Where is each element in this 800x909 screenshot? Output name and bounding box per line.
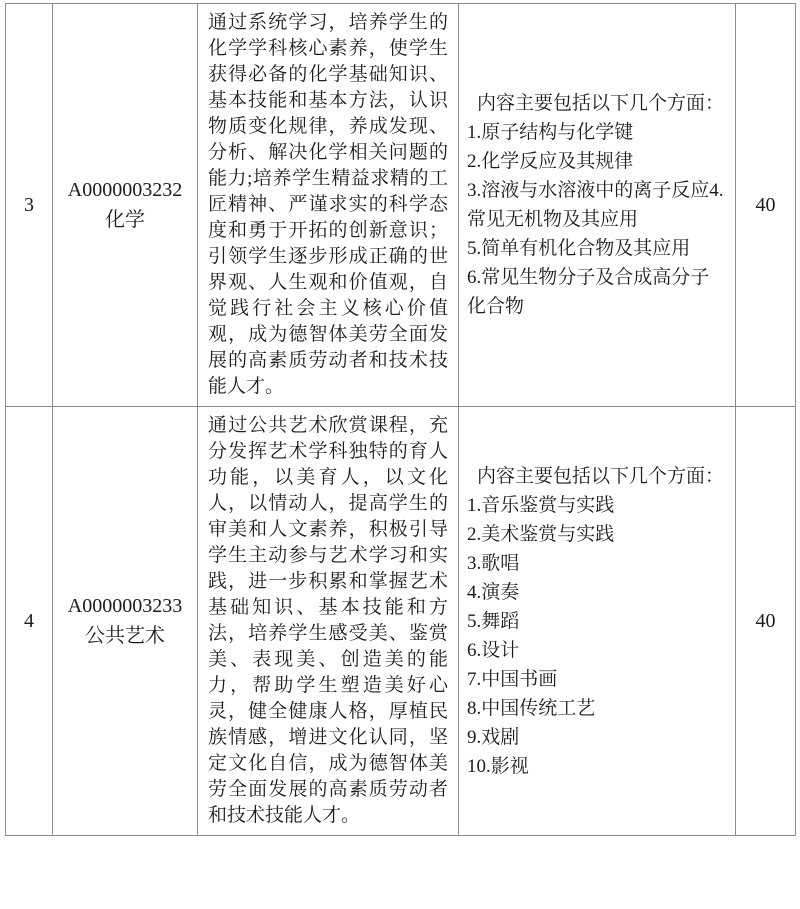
content-intro: 内容主要包括以下几个方面： [467,462,727,491]
course-name: 化学 [57,205,193,235]
content-items: 1.原子结构与化学键 2.化学反应及其规律 3.溶液与水溶液中的离子反应4.常见… [467,118,727,321]
table-row: 4 A0000003233 公共艺术 通过公共艺术欣赏课程，充分发挥艺术学科独特… [6,407,796,836]
course-content-cell: 内容主要包括以下几个方面： 1.原子结构与化学键 2.化学反应及其规律 3.溶液… [459,4,736,407]
row-number: 3 [24,194,34,216]
course-code: A0000003233 [57,591,193,621]
course-content-cell: 内容主要包括以下几个方面： 1.音乐鉴赏与实践 2.美术鉴赏与实践 3.歌唱 4… [459,407,736,836]
course-name: 公共艺术 [57,621,193,651]
table-row: 3 A0000003232 化学 通过系统学习，培养学生的化学学科核心素养，使学… [6,4,796,407]
course-description: 通过系统学习，培养学生的化学学科核心素养，使学生获得必备的化学基础知识、基本技能… [208,12,448,397]
row-number-cell: 3 [6,4,53,407]
course-code-cell: A0000003233 公共艺术 [53,407,198,836]
course-code-cell: A0000003232 化学 [53,4,198,407]
row-number-cell: 4 [6,407,53,836]
course-hours: 40 [756,610,776,632]
course-hours: 40 [756,194,776,216]
course-description-cell: 通过系统学习，培养学生的化学学科核心素养，使学生获得必备的化学基础知识、基本技能… [198,4,459,407]
course-description: 通过公共艺术欣赏课程，充分发挥艺术学科独特的育人功能，以美育人，以文化人，以情动… [208,415,448,826]
document-page: 3 A0000003232 化学 通过系统学习，培养学生的化学学科核心素养，使学… [0,0,800,909]
course-hours-cell: 40 [736,407,796,836]
content-intro: 内容主要包括以下几个方面： [467,89,727,118]
course-code: A0000003232 [57,175,193,205]
course-hours-cell: 40 [736,4,796,407]
course-table: 3 A0000003232 化学 通过系统学习，培养学生的化学学科核心素养，使学… [5,3,796,836]
content-items: 1.音乐鉴赏与实践 2.美术鉴赏与实践 3.歌唱 4.演奏 5.舞蹈 6.设计 … [467,491,727,781]
row-number: 4 [24,610,34,632]
course-description-cell: 通过公共艺术欣赏课程，充分发挥艺术学科独特的育人功能，以美育人，以文化人，以情动… [198,407,459,836]
